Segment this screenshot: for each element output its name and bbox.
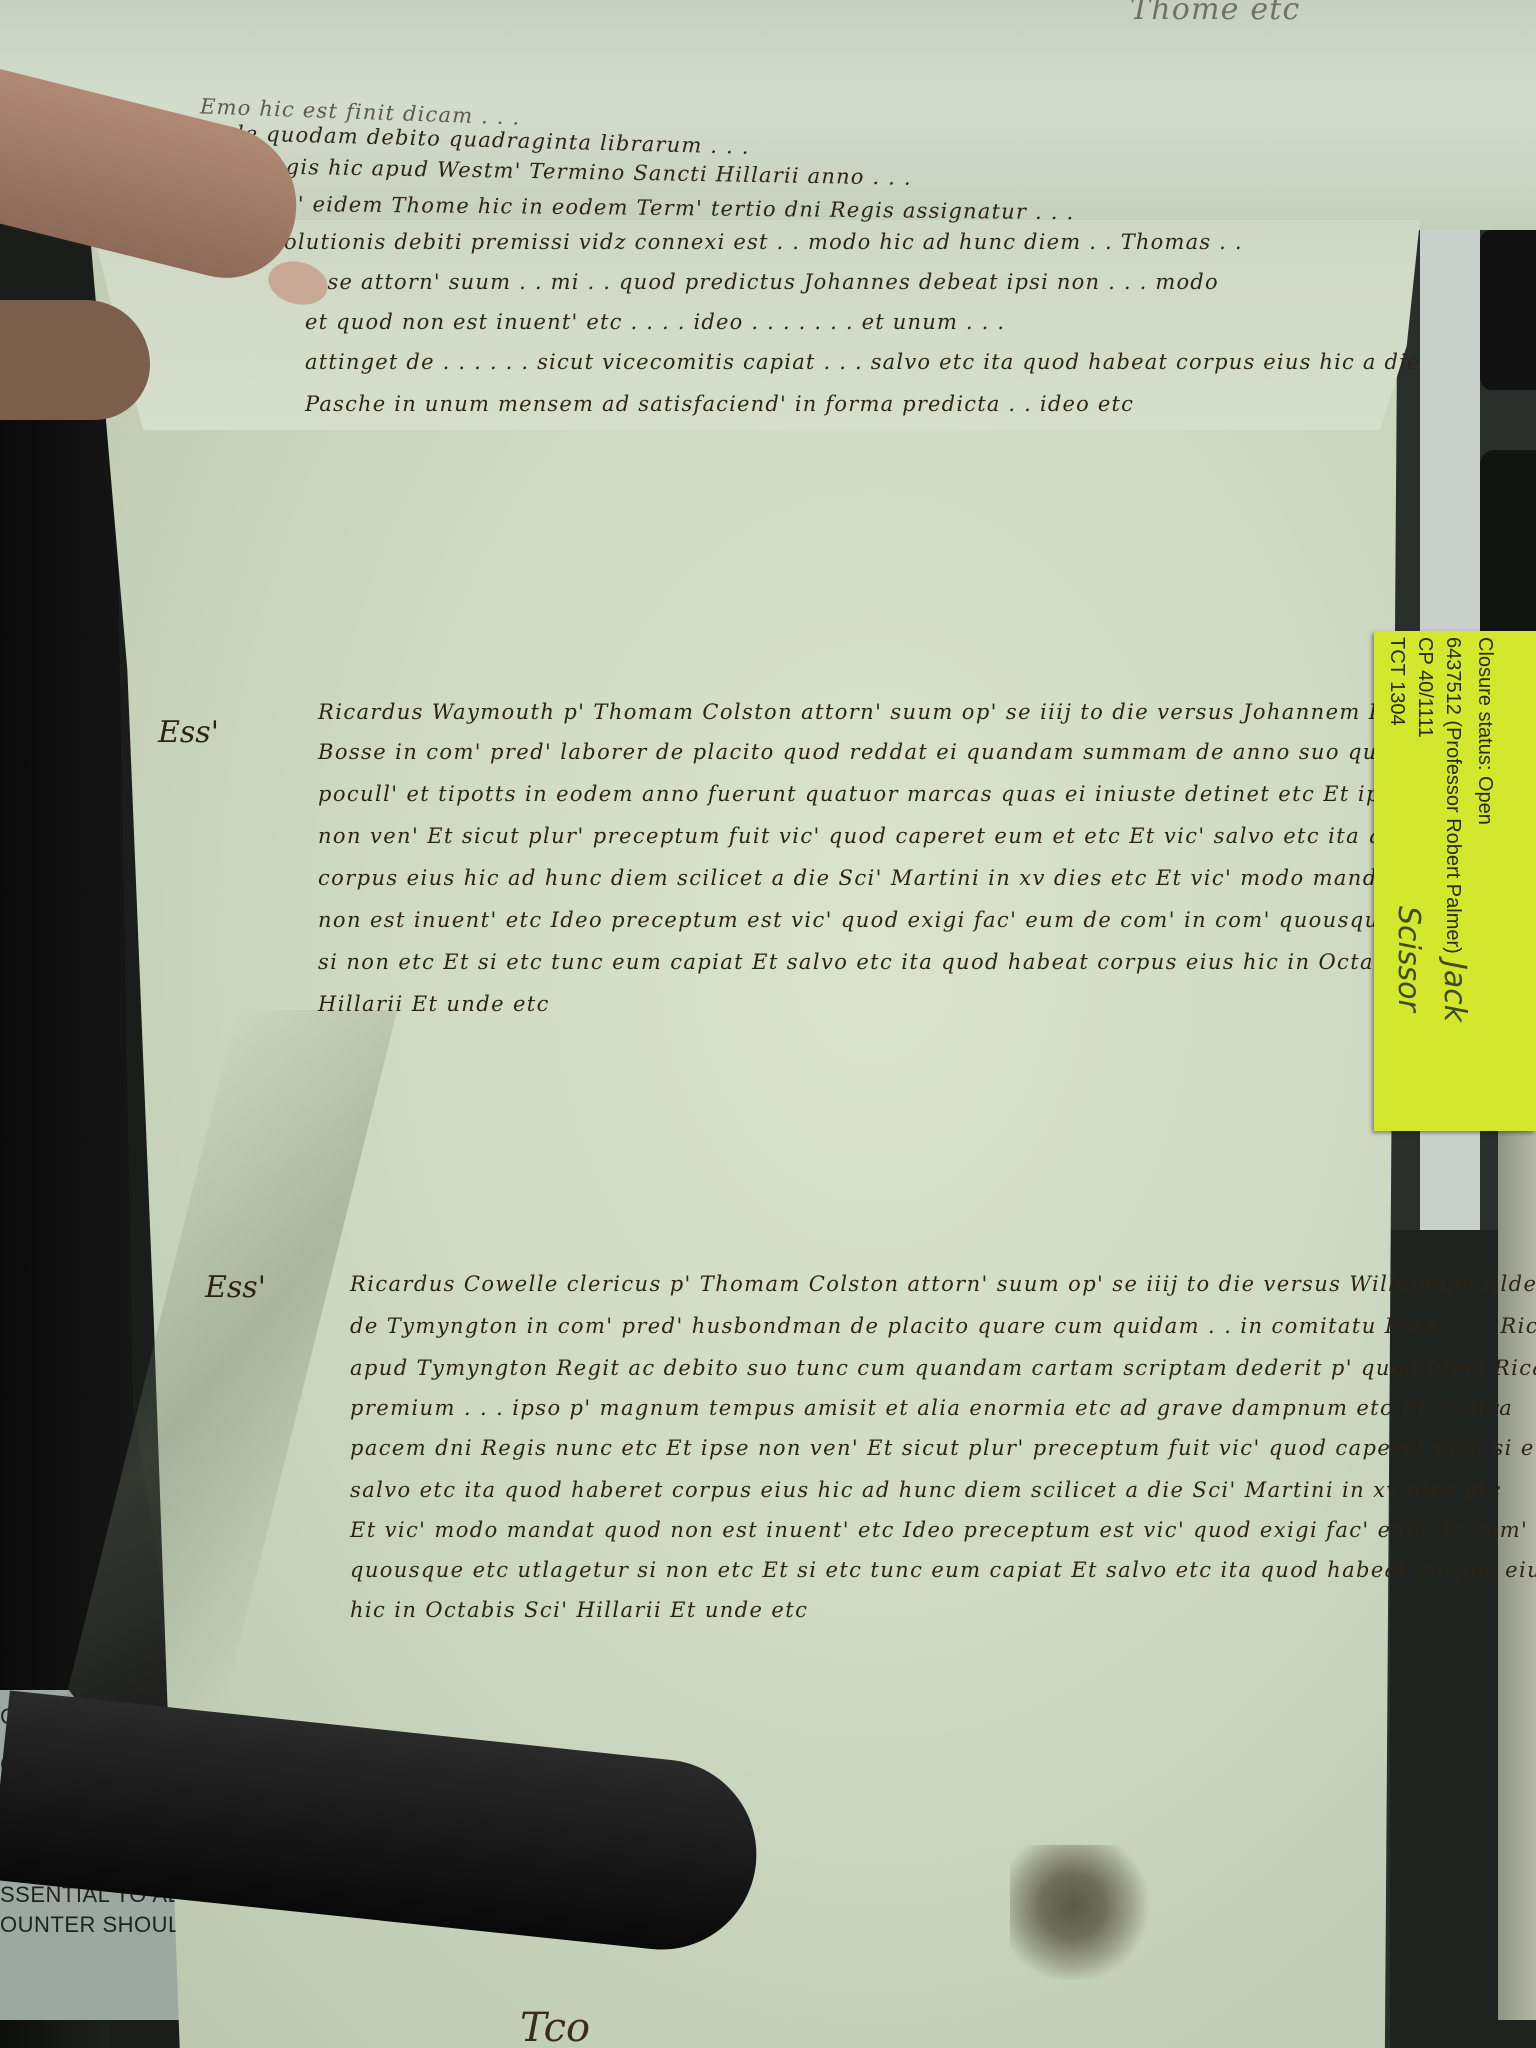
handwritten-note: Scissor — [1391, 906, 1426, 1012]
text-line: non est inuent' etc Ideo preceptum est v… — [318, 908, 1536, 932]
archive-sticky-note: TCT 1304 CP 40/1111 6437512 (Professor R… — [1374, 631, 1536, 1131]
document-reference: CP 40/1111 — [1413, 637, 1436, 738]
text-line: corpus eius hic ad hunc diem scilicet a … — [318, 866, 1468, 890]
text-line: Et vic' modo mandat quod non est inuent'… — [350, 1518, 1536, 1542]
text-line: Ricardus Waymouth p' Thomam Colston atto… — [318, 700, 1535, 724]
text-line: pocull' et tipotts in eodem anno fuerunt… — [318, 782, 1407, 806]
top-edge-fragment: Thome etc — [1130, 0, 1301, 27]
text-line: solutionis debiti premissi vidz connexi … — [272, 230, 1243, 254]
text-line: hic in Octabis Sci' Hillarii Et unde etc — [350, 1598, 808, 1622]
text-line: ipse attorn' suum . . mi . . quod predic… — [305, 270, 1219, 294]
text-line: Hillarii Et unde etc — [318, 992, 550, 1016]
text-line: de Tymyngton in com' pred' husbondman de… — [350, 1314, 1536, 1338]
note-line: TCT 1304 — [1385, 637, 1408, 726]
text-line: Ricardus Cowelle clericus p' Thomam Cols… — [350, 1272, 1536, 1296]
reader-ticket: 6437512 (Professor Robert Palmer) — [1441, 637, 1464, 954]
text-line: pacem dni Regis nunc etc Et ipse non ven… — [350, 1436, 1536, 1460]
text-line: attinget de . . . . . . sicut vicecomiti… — [305, 350, 1421, 374]
text-line: si non etc Et si etc tunc eum capiat Et … — [318, 950, 1461, 974]
bottom-edge-fragment: Tco — [520, 2005, 590, 2048]
dark-slot — [1480, 230, 1536, 390]
margin-note-essex: Ess' — [158, 715, 219, 750]
text-line: et quod non est inuent' etc . . . . ideo… — [305, 310, 1005, 334]
hand-palm — [0, 300, 150, 420]
text-line: salvo etc ita quod haberet corpus eius h… — [350, 1478, 1502, 1502]
text-line: quousque etc utlagetur si non etc Et si … — [350, 1558, 1536, 1582]
text-line: non ven' Et sicut plur' preceptum fuit v… — [318, 824, 1527, 848]
ink-stain — [1010, 1845, 1150, 1980]
reading-room-background-right — [1380, 220, 1536, 2048]
handwritten-note: Jack — [1437, 961, 1472, 1022]
text-line: Pasche in unum mensem ad satisfaciend' i… — [305, 392, 1134, 416]
text-line: apud Tymyngton Regit ac debito suo tunc … — [350, 1356, 1536, 1380]
closure-status: Closure status: Open — [1473, 637, 1496, 825]
text-line: Bosse in com' pred' laborer de placito q… — [318, 740, 1536, 764]
margin-note-essex: Ess' — [205, 1270, 266, 1305]
text-line: premium . . . ipso p' magnum tempus amis… — [350, 1396, 1513, 1420]
